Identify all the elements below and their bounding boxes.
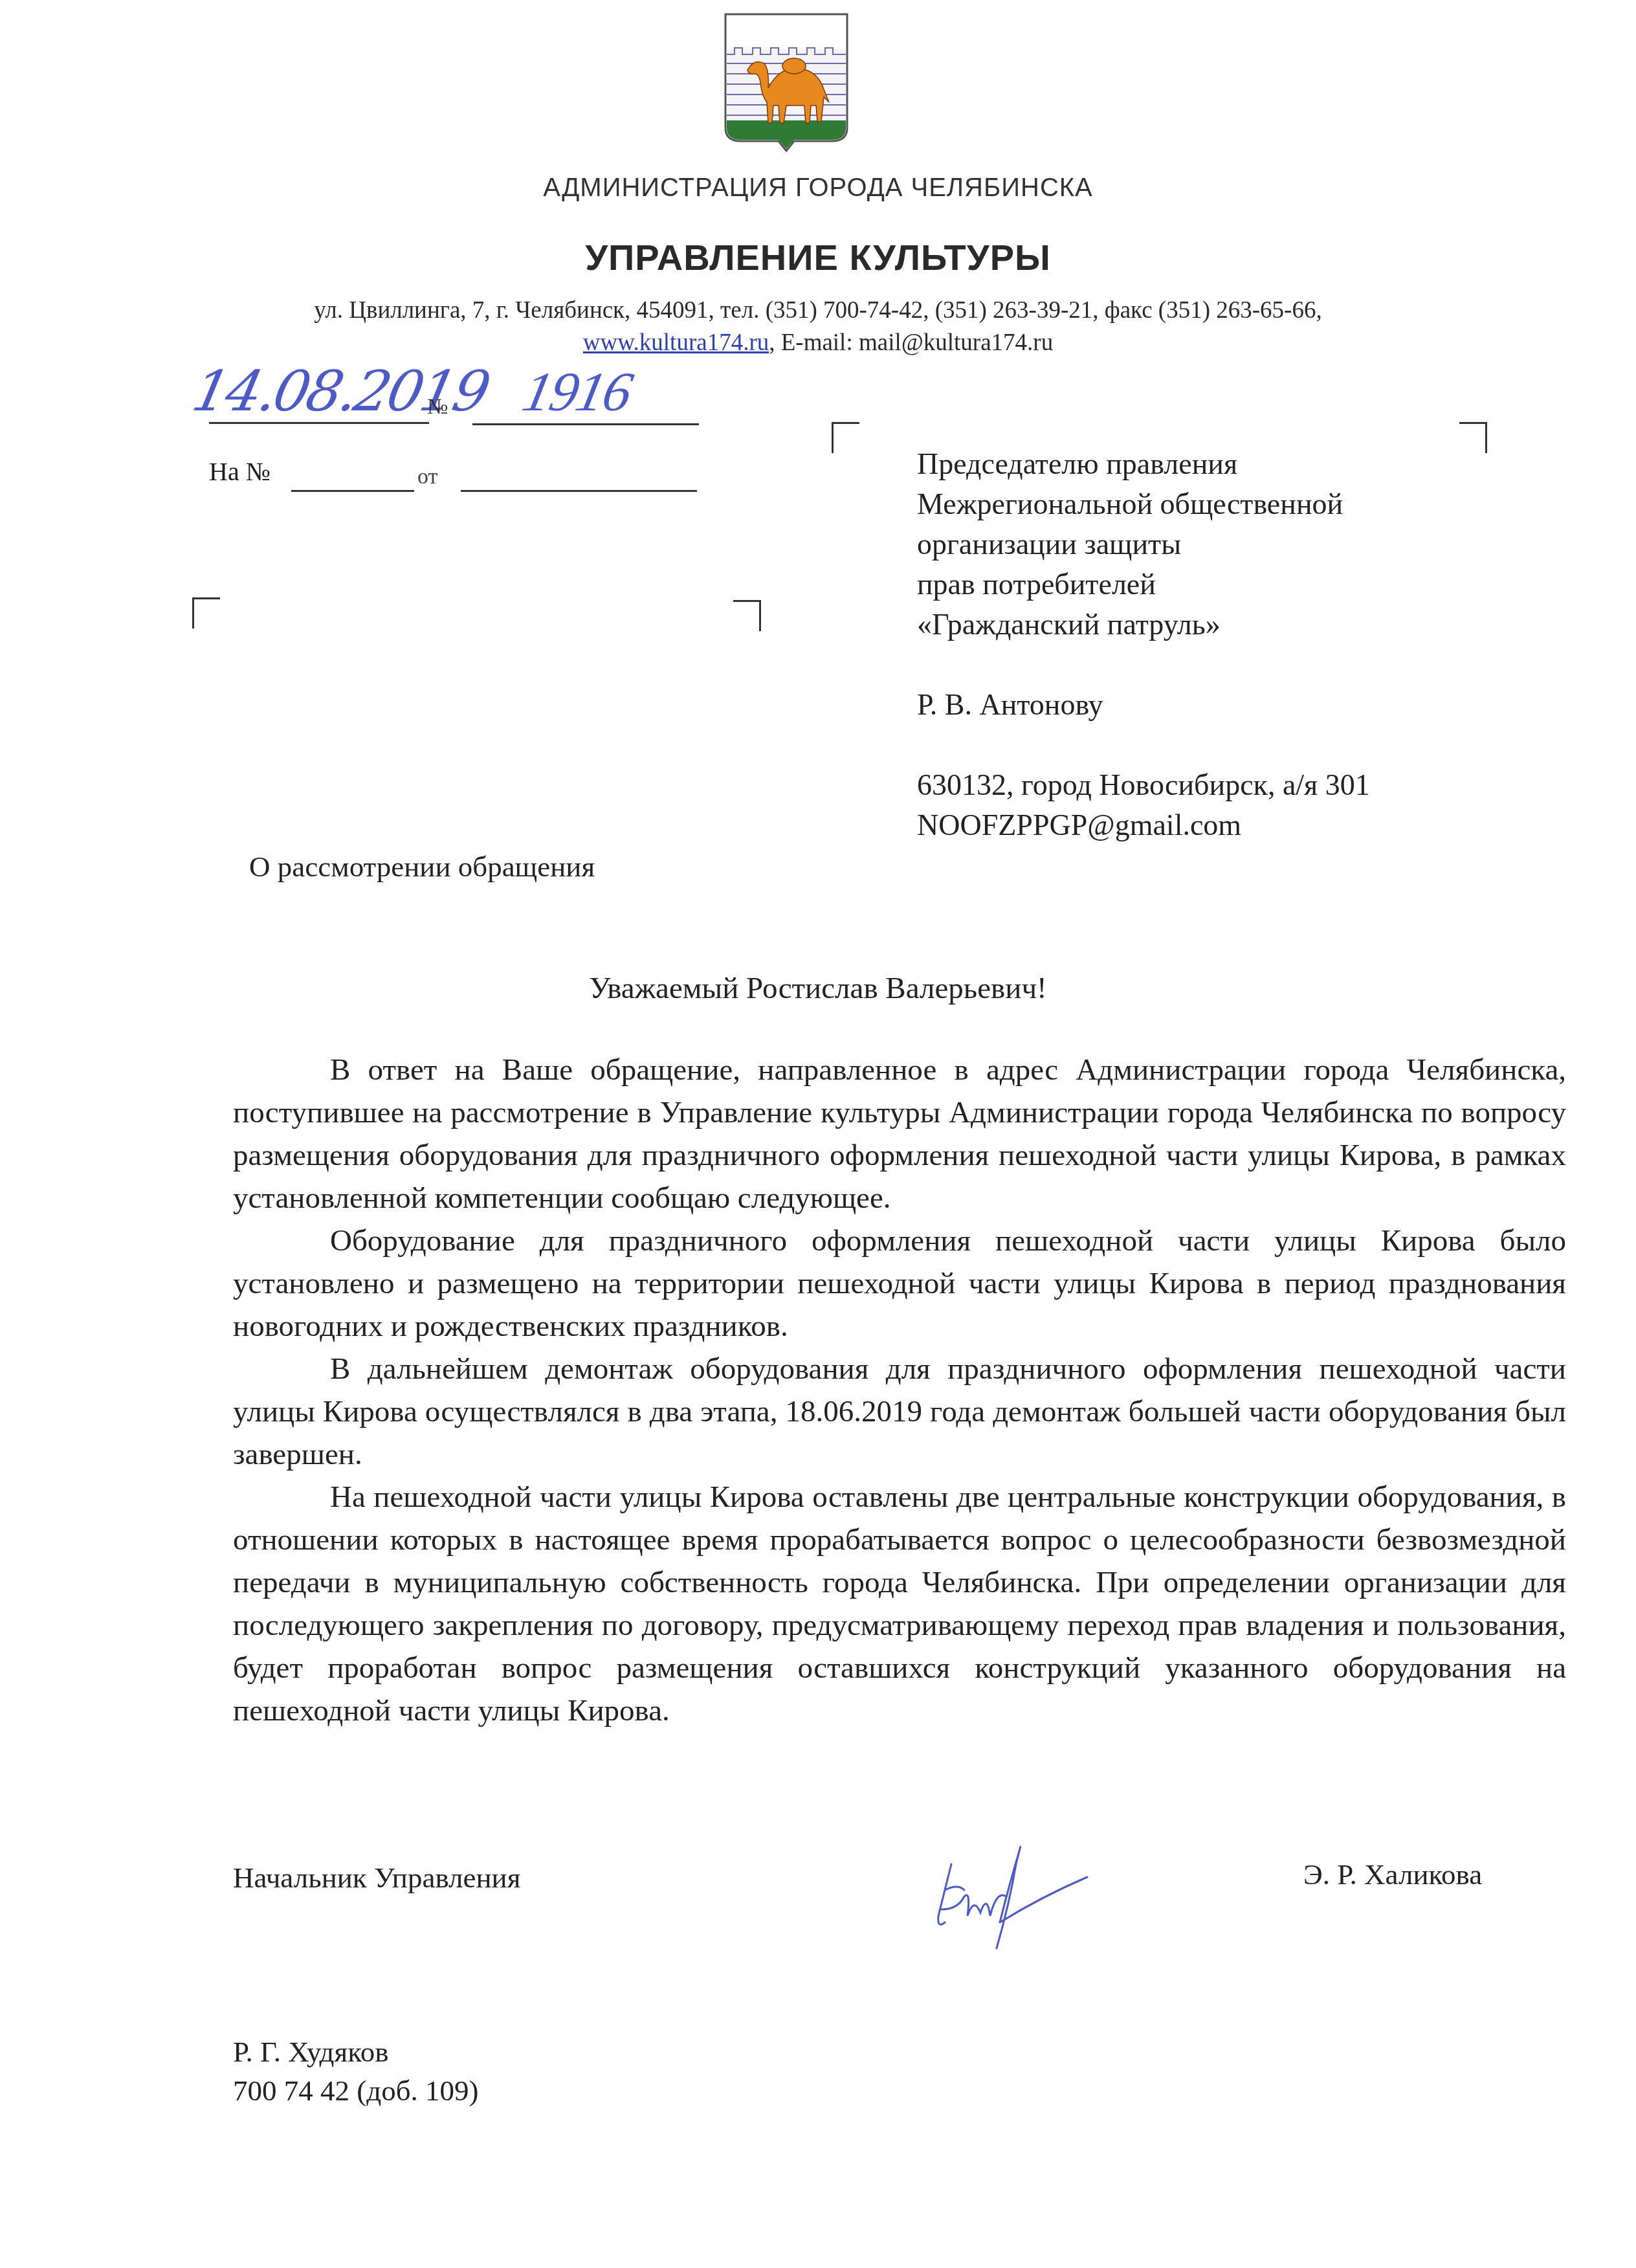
recipient-corner-top-right xyxy=(1459,422,1487,453)
date-underline xyxy=(209,422,429,424)
recipient-name: Р. В. Антонову xyxy=(917,685,1370,725)
recipient-line: Межрегиональной общественной xyxy=(917,484,1370,524)
salutation: Уважаемый Ростислав Валерьевич! xyxy=(0,971,1636,1006)
department-title: УПРАВЛЕНИЕ КУЛЬТУРЫ xyxy=(0,236,1636,278)
department-contacts: www.kultura174.ru, E-mail: mail@kultura1… xyxy=(0,329,1636,357)
body-paragraph: В ответ на Ваше обращение, направленное … xyxy=(233,1049,1566,1219)
subject-corner-top-right xyxy=(733,600,761,631)
letter-body: В ответ на Ваше обращение, направленное … xyxy=(233,1049,1566,1732)
administration-title: АДМИНИСТРАЦИЯ ГОРОДА ЧЕЛЯБИНСКА xyxy=(0,173,1636,203)
body-paragraph: Оборудование для праздничного оформления… xyxy=(233,1219,1566,1348)
registration-date: 14.08.2019 xyxy=(188,359,434,421)
recipient-line: организации защиты xyxy=(917,524,1370,564)
signer-title: Начальник Управления xyxy=(233,1861,520,1895)
body-paragraph: В дальнейшем демонтаж оборудования для п… xyxy=(233,1348,1566,1476)
reference-from-label: от xyxy=(417,465,437,489)
handwritten-signature-icon xyxy=(925,1825,1184,1955)
reference-number-blank xyxy=(291,490,414,492)
subject-corner-top-left xyxy=(192,597,220,628)
registration-number: 1916 xyxy=(517,359,637,424)
recipient-corner-top-left xyxy=(832,422,859,453)
reference-date-blank xyxy=(461,490,697,492)
coat-of-arms-icon xyxy=(722,12,851,161)
recipient-block: Председателю правления Межрегиональной о… xyxy=(917,444,1370,845)
number-underline xyxy=(472,423,699,425)
executor-name: Р. Г. Худяков xyxy=(233,2032,479,2071)
recipient-line: Председателю правления xyxy=(917,444,1370,484)
reference-number-label: На № xyxy=(209,456,271,487)
letter-subject: О рассмотрении обращения xyxy=(249,850,595,884)
recipient-email: NOOFZPPGP@gmail.com xyxy=(917,805,1370,845)
executor-phone: 700 74 42 (доб. 109) xyxy=(233,2071,479,2110)
signer-name: Э. Р. Халикова xyxy=(1303,1858,1482,1891)
recipient-line: «Гражданский патруль» xyxy=(917,605,1370,645)
recipient-line: прав потребителей xyxy=(917,564,1370,605)
email-text: , E-mail: mail@kultura174.ru xyxy=(769,329,1053,356)
website-link[interactable]: www.kultura174.ru xyxy=(583,329,769,356)
recipient-address: 630132, город Новосибирск, а/я 301 xyxy=(917,765,1370,805)
executor-block: Р. Г. Худяков 700 74 42 (доб. 109) xyxy=(233,2032,479,2110)
department-address: ул. Цвиллинга, 7, г. Челябинск, 454091, … xyxy=(0,296,1636,324)
body-paragraph: На пешеходной части улицы Кирова оставле… xyxy=(233,1476,1566,1732)
registration-number-label: № xyxy=(427,395,448,419)
